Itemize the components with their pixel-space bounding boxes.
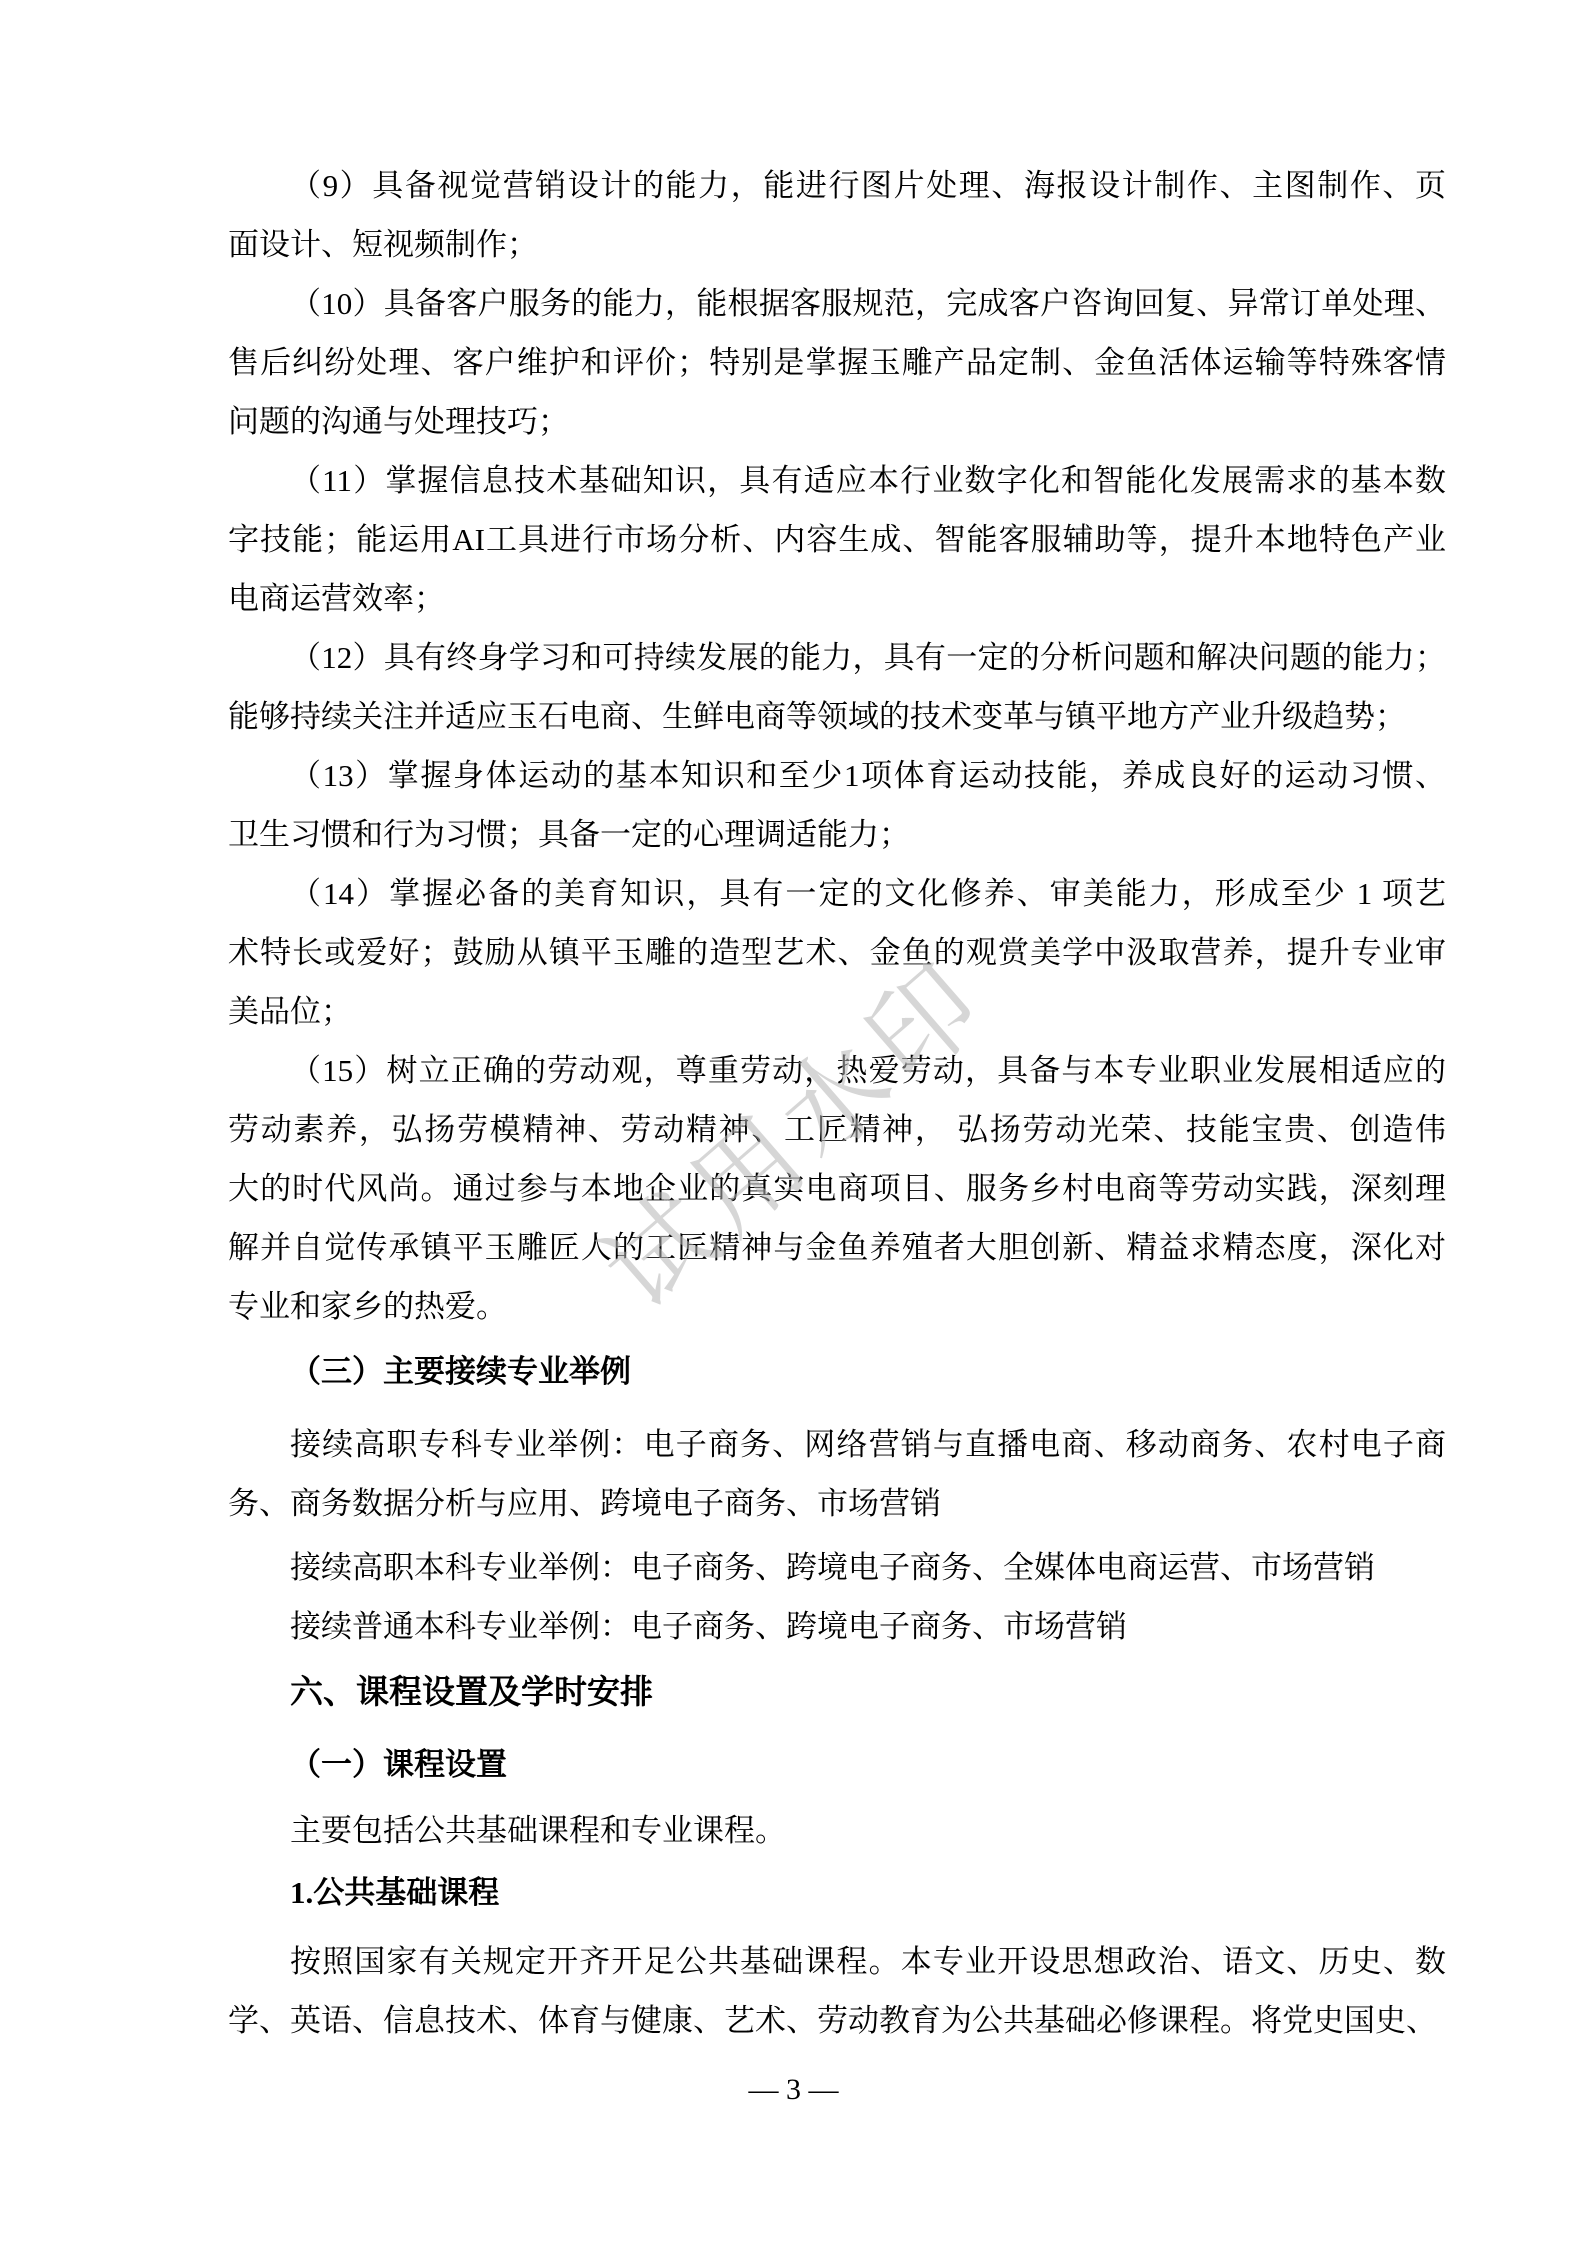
text-line: 按照国家有关规定开齐开足公共基础课程。本专业开设思想政治、语文、历史、数: [228, 1932, 1446, 1991]
text-line: 解并自觉传承镇平玉雕匠人的工匠精神与金鱼养殖者大胆创新、精益求精态度，深化对: [228, 1218, 1446, 1277]
text-line: 美品位；: [228, 982, 1446, 1041]
paragraph-higher-vocational-college: 接续高职专科专业举例：电子商务、网络营销与直播电商、移动商务、农村电子商务、商务…: [228, 1415, 1446, 1533]
paragraph-higher-vocational-undergraduate: 接续高职本科专业举例：电子商务、跨境电子商务、全媒体电商运营、市场营销: [228, 1538, 1446, 1597]
text-line: （10）具备客户服务的能力，能根据客服规范，完成客户咨询回复、异常订单处理、: [228, 274, 1446, 333]
text-line: 电商运营效率；: [228, 569, 1446, 628]
text-line: 主要包括公共基础课程和专业课程。: [228, 1801, 1446, 1860]
paragraph-item-12: （12）具有终身学习和可持续发展的能力，具有一定的分析问题和解决问题的能力；能够…: [228, 628, 1446, 746]
paragraph-regular-undergraduate: 接续普通本科专业举例：电子商务、跨境电子商务、市场营销: [228, 1597, 1446, 1656]
document-page: 试用水印 （9）具备视觉营销设计的能力，能进行图片处理、海报设计制作、主图制作、…: [0, 0, 1587, 2245]
text-line: 问题的沟通与处理技巧；: [228, 392, 1446, 451]
text-line: （13）掌握身体运动的基本知识和至少1项体育运动技能，养成良好的运动习惯、: [228, 746, 1446, 805]
paragraph-item-15: （15）树立正确的劳动观，尊重劳动，热爱劳动，具备与本专业职业发展相适应的劳动素…: [228, 1041, 1446, 1336]
text-line: （9）具备视觉营销设计的能力，能进行图片处理、海报设计制作、主图制作、页: [228, 156, 1446, 215]
text-line: 术特长或爱好；鼓励从镇平玉雕的造型艺术、金鱼的观赏美学中汲取营养，提升专业审: [228, 923, 1446, 982]
text-line: 六、课程设置及学时安排: [228, 1662, 1446, 1721]
document-content: （9）具备视觉营销设计的能力，能进行图片处理、海报设计制作、主图制作、页面设计、…: [0, 0, 1587, 2050]
text-line: （11）掌握信息技术基础知识，具有适应本行业数字化和智能化发展需求的基本数: [228, 451, 1446, 510]
text-line: 劳动素养，弘扬劳模精神、劳动精神、工匠精神， 弘扬劳动光荣、技能宝贵、创造伟: [228, 1100, 1446, 1159]
text-line: 接续高职专科专业举例：电子商务、网络营销与直播电商、移动商务、农村电子商: [228, 1415, 1446, 1474]
text-line: 面设计、短视频制作；: [228, 215, 1446, 274]
text-line: 学、英语、信息技术、体育与健康、艺术、劳动教育为公共基础必修课程。将党史国史、: [228, 1991, 1446, 2050]
paragraph-item-13: （13）掌握身体运动的基本知识和至少1项体育运动技能，养成良好的运动习惯、卫生习…: [228, 746, 1446, 864]
text-line: （三）主要接续专业举例: [228, 1342, 1446, 1401]
paragraph-item-9: （9）具备视觉营销设计的能力，能进行图片处理、海报设计制作、主图制作、页面设计、…: [228, 156, 1446, 274]
text-line: 接续高职本科专业举例：电子商务、跨境电子商务、全媒体电商运营、市场营销: [228, 1538, 1446, 1597]
text-line: 大的时代风尚。通过参与本地企业的真实电商项目、服务乡村电商等劳动实践，深刻理: [228, 1159, 1446, 1218]
text-line: 卫生习惯和行为习惯；具备一定的心理调适能力；: [228, 805, 1446, 864]
section-heading-public-basic-courses: 1.公共基础课程: [228, 1863, 1446, 1922]
paragraph-item-11: （11）掌握信息技术基础知识，具有适应本行业数字化和智能化发展需求的基本数字技能…: [228, 451, 1446, 628]
paragraph-item-10: （10）具备客户服务的能力，能根据客服规范，完成客户咨询回复、异常订单处理、售后…: [228, 274, 1446, 451]
paragraph-public-basic-courses: 按照国家有关规定开齐开足公共基础课程。本专业开设思想政治、语文、历史、数学、英语…: [228, 1932, 1446, 2050]
text-line: 字技能；能运用AI工具进行市场分析、内容生成、智能客服辅助等，提升本地特色产业: [228, 510, 1446, 569]
paragraph-curriculum-overview: 主要包括公共基础课程和专业课程。: [228, 1801, 1446, 1860]
text-line: 专业和家乡的热爱。: [228, 1277, 1446, 1336]
text-line: （15）树立正确的劳动观，尊重劳动，热爱劳动，具备与本专业职业发展相适应的: [228, 1041, 1446, 1100]
text-line: （一）课程设置: [228, 1735, 1446, 1794]
text-line: 接续普通本科专业举例：电子商务、跨境电子商务、市场营销: [228, 1597, 1446, 1656]
page-number: — 3 —: [0, 2060, 1587, 2119]
text-line: （12）具有终身学习和可持续发展的能力，具有一定的分析问题和解决问题的能力；: [228, 628, 1446, 687]
text-line: 务、商务数据分析与应用、跨境电子商务、市场营销: [228, 1474, 1446, 1533]
text-line: 能够持续关注并适应玉石电商、生鲜电商等领域的技术变革与镇平地方产业升级趋势；: [228, 687, 1446, 746]
text-line: （14）掌握必备的美育知识，具有一定的文化修养、审美能力，形成至少 1 项艺: [228, 864, 1446, 923]
text-line: 售后纠纷处理、客户维护和评价；特别是掌握玉雕产品定制、金鱼活体运输等特殊客情: [228, 333, 1446, 392]
section-heading-succession-examples: （三）主要接续专业举例: [228, 1342, 1446, 1401]
section-heading-curriculum-and-hours: 六、课程设置及学时安排: [228, 1662, 1446, 1721]
text-line: 1.公共基础课程: [228, 1863, 1446, 1922]
paragraph-item-14: （14）掌握必备的美育知识，具有一定的文化修养、审美能力，形成至少 1 项艺术特…: [228, 864, 1446, 1041]
section-heading-curriculum-setting: （一）课程设置: [228, 1735, 1446, 1794]
